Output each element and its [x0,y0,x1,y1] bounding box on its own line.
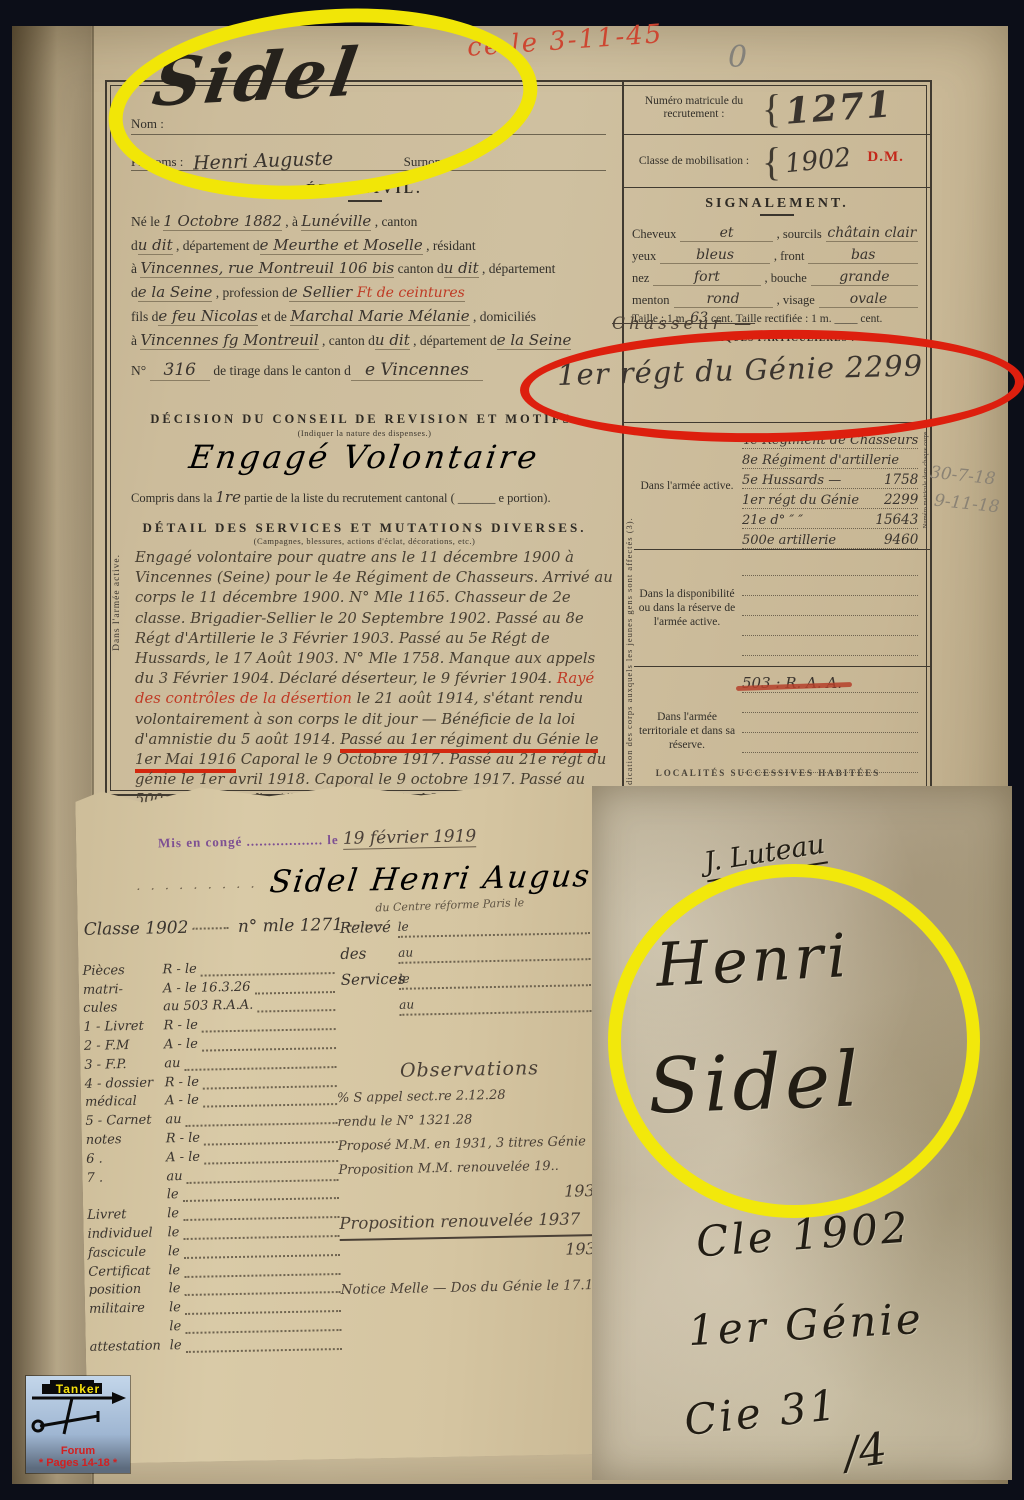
localites-section-title: LOCALITÉS SUCCESSIVES HABITÉES [608,768,928,778]
matricule-label: Numéro matricule du recrutement : [630,95,758,121]
numero-corps-caption: Numéro matricule dans chaque corps. [922,430,929,590]
etat-civil-line: du dit , département de Meurthe et Mosel… [131,234,605,258]
classe-row: Classe de mobilisation : { 1902 D.M. [624,135,930,188]
corps-caption: Indication des corps auxquels les jeunes… [624,423,634,794]
brace-glyph: { [762,138,781,185]
signalement-row: yeux bleus , front bas [632,242,922,264]
services-margin-caption: Dans l'armée active. [112,554,122,779]
matricule-row: Numéro matricule du recrutement : { 1271 [624,82,930,135]
corps-entry: 5e Hussards — 1758 [742,469,918,489]
matricule-value: 1271 [784,83,895,132]
observation-line: Observations [336,1056,602,1083]
disponibilite-entries [740,550,932,666]
stone-class-line: Cle 1902 [695,1203,913,1267]
services-title: DÉTAIL DES SERVICES ET MUTATIONS DIVERSE… [107,520,622,536]
classe-label: Classe de mobilisation : [630,155,758,168]
corps-entry: 8e Régiment d'artillerie [742,449,918,469]
services-paragraph: Engagé volontaire pour quatre ans le 11 … [135,548,617,811]
ledger-row: attestation le [90,1331,342,1355]
etat-civil-line: Né le 1 Octobre 1882 , à Lunéville , can… [131,210,605,234]
signalement-row: nez fort , bouche grande [632,264,922,286]
stone-company-fraction: /4 [841,1423,891,1479]
conge-date-hand: 19 février 1919 [343,826,477,850]
dm-stamp: D.M. [867,149,904,166]
logo-brand: Tanker [26,1382,130,1396]
stone-unit-line: 1er Génie [687,1294,925,1355]
etat-civil-line: à Vincennes, rue Montreuil 106 bis canto… [131,257,605,281]
signalement-rows: Cheveux et , sourcils châtain clair yeux… [624,216,930,308]
book-spine-shading [12,26,94,1484]
stone-company-line: Cie 31 [682,1380,841,1445]
pieces-ledger: Pièces R - le matri- A - le 16.3.26 cule… [82,955,342,1354]
classe-value: 1902 [784,143,853,180]
corps-entry: 21e d° ″ ″ 15643 [742,509,918,529]
mis-en-conge-stamp: Mis en congé .................. le 19 fé… [158,826,477,852]
forum-watermark-logo: Tanker Forum * Pages 14-18 * [26,1376,130,1473]
services-subtitle: (Campagnes, blessures, actions d'éclat, … [107,536,622,546]
armee-active-section: Dans l'armée active. 4e Régiment de Chas… [634,423,932,550]
etat-civil-line: de la Seine , profession de Sellier Ft d… [131,281,605,306]
disponibilite-label: Dans la disponibilité ou dans la réserve… [634,587,740,629]
releve-note: du Centre réforme Paris le [375,896,524,914]
disponibilite-section: Dans la disponibilité ou dans la réserve… [634,550,932,667]
brace-glyph: { [762,85,781,132]
observation-line: Proposé M.M. en 1931, 3 titres Génie [338,1130,604,1159]
stone-name-sidel: Sidel [647,1034,864,1130]
territoriale-entry: 503 : R. A. A. [742,674,842,692]
logo-caption: Forum * Pages 14-18 * [26,1445,130,1469]
signalement-row: Cheveux et , sourcils châtain clair [632,220,922,242]
signalement-row: menton rond , visage ovale [632,286,922,308]
observation-line: Notice Melle — Dos du Génie le 17.10.. [340,1262,607,1313]
observation-line: Proposition renouvelée 1937 [339,1204,606,1241]
decision-subtitle: (Indiquer la nature des dispenses.) [107,428,622,438]
stone-name-henri: Henri [654,921,852,1001]
zero-pencil-mark: 0 [728,40,747,75]
decision-value: Engagé Volontaire [104,438,624,476]
screenshot-root: { "colors":{"highlight_yellow":"#F2E80B"… [0,0,1024,1500]
pencil-date-2: 9-11-18 [933,491,1000,518]
etat-civil-line: à Vincennes fg Montreuil , canton du dit… [131,329,605,353]
corps-entry: 1er régt du Génie 2299 [742,489,918,509]
releve-block: du Centre réforme Paris le Relevé des Se… [339,900,595,905]
etat-civil-line: fils de feu Nicolas et de Marchal Marie … [131,305,605,329]
etat-civil-lines: Né le 1 Octobre 1882 , à Lunéville , can… [131,210,605,352]
corps-main: Dans l'armée active. 4e Régiment de Chas… [634,423,932,794]
corps-section: Indication des corps auxquels les jeunes… [624,422,930,794]
observations-block: Observations% S appel sect.re 2.12.28ren… [336,1056,607,1313]
pencil-date-1: 30-7-18 [929,463,996,490]
compris-line: Compris dans la 1re partie de la liste d… [131,488,605,506]
stone-graffiti-photo: J. Luteau Henri Sidel Cle 1902 1er Génie… [592,786,1012,1480]
territoriale-label: Dans l'armée territoriale et dans sa rés… [634,710,740,752]
corps-entry: 500e artillerie 9460 [742,529,918,549]
signalement-title: SIGNALEMENT. [624,196,930,216]
discharge-record-overlay: Mis en congé .................. le 19 fé… [75,778,612,1464]
armee-active-label: Dans l'armée active. [634,479,740,493]
